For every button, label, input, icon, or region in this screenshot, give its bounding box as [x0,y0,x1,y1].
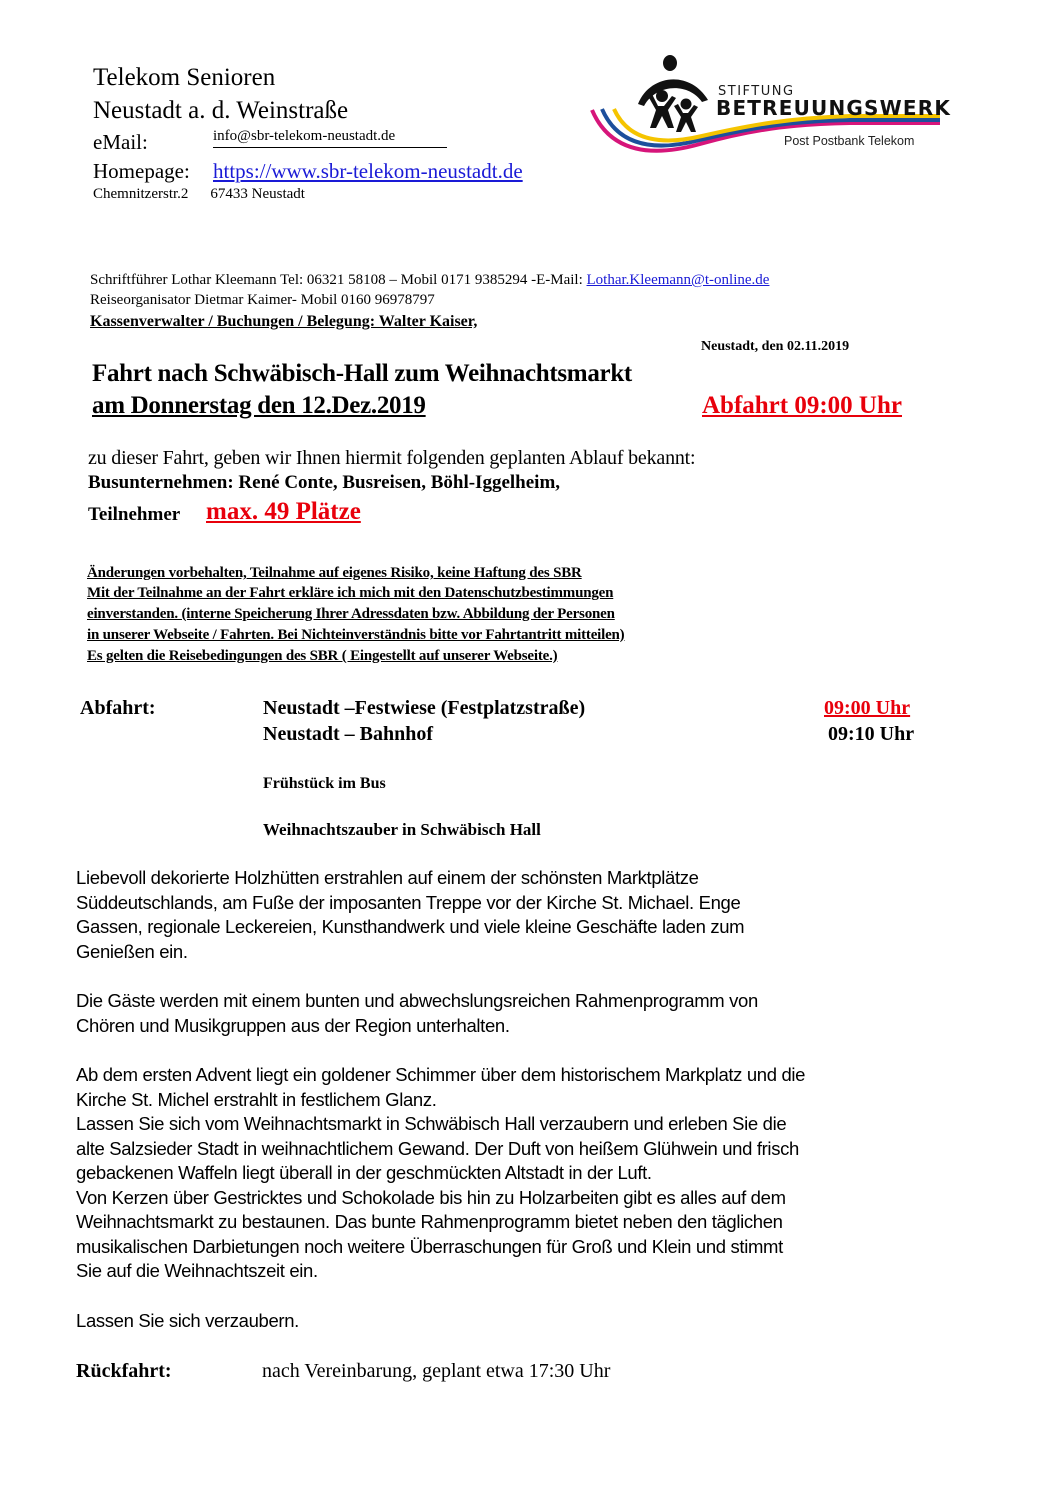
paragraph-line: Chören und Musikgruppen aus der Region u… [76,1014,956,1039]
intro-text: zu dieser Fahrt, geben wir Ihnen hiermit… [88,447,695,470]
paragraph-line: Sie auf die Weihnachtszeit ein. [76,1259,956,1284]
paragraph-line: gebackenen Waffeln liegt überall in der … [76,1161,956,1186]
paragraph-line: Lassen Sie sich verzaubern. [76,1309,956,1334]
treasurer-contact: Kassenverwalter / Buchungen / Belegung: … [90,313,477,331]
disclaimer-line: einverstanden. (interne Speicherung Ihre… [87,606,615,623]
paragraph-line: Kirche St. Michel erstrahlt in festliche… [76,1088,956,1113]
departure-stop-time: 09:10 Uhr [828,723,914,746]
departure-stop: Neustadt – Bahnhof [263,723,433,746]
description-paragraph: Ab dem ersten Advent liegt ein goldener … [76,1063,956,1284]
paragraph-line: Die Gäste werden mit einem bunten und ab… [76,989,956,1014]
paragraph-line: Gassen, regionale Leckereien, Kunsthandw… [76,915,956,940]
paragraph-line: Süddeutschlands, am Fuße der imposanten … [76,891,956,916]
paragraph-line: Genießen ein. [76,940,956,965]
paragraph-line: Ab dem ersten Advent liegt ein goldener … [76,1063,956,1088]
trip-departure-time: Abfahrt 09:00 Uhr [702,392,902,420]
address-city: 67433 Neustadt [210,186,305,202]
logo-text-betreuungswerk: BETREUUNGSWERK [716,96,951,120]
organizer-contact: Reiseorganisator Dietmar Kaimer- Mobil 0… [90,292,435,309]
secretary-info: Schriftführer Lothar Kleemann Tel: 06321… [90,272,587,288]
description-paragraph: Die Gäste werden mit einem bunten und ab… [76,989,956,1038]
email-label: eMail: [93,130,148,155]
return-time: nach Vereinbarung, geplant etwa 17:30 Uh… [262,1360,610,1383]
departure-stop-time: 09:00 Uhr [824,697,910,720]
description-paragraph: Liebevoll dekorierte Holzhütten erstrahl… [76,866,956,964]
address: Chemnitzerstr.267433 Neustadt [93,186,305,203]
secretary-contact: Schriftführer Lothar Kleemann Tel: 06321… [90,272,769,289]
email-address[interactable]: info@sbr-telekom-neustadt.de [213,128,447,148]
address-street: Chemnitzerstr.2 [93,186,188,202]
trip-title: Fahrt nach Schwäbisch-Hall zum Weihnacht… [92,360,632,388]
trip-date: am Donnerstag den 12.Dez.2019 [92,392,426,420]
closing-paragraph: Lassen Sie sich verzaubern. [76,1309,956,1334]
org-city: Neustadt a. d. Weinstraße [93,97,348,125]
homepage-label: Homepage: [93,159,190,184]
paragraph-line: musikalischen Darbietungen noch weitere … [76,1235,956,1260]
disclaimer-line: Änderungen vorbehalten, Teilnahme auf ei… [87,565,582,582]
logo-text-subtitle: Post Postbank Telekom [784,134,914,148]
participants-max: max. 49 Plätze [206,498,361,526]
breakfast-note: Frühstück im Bus [263,775,386,793]
org-name: Telekom Senioren [93,64,275,92]
paragraph-line: Liebevoll dekorierte Holzhütten erstrahl… [76,866,956,891]
event-title: Weihnachtszauber in Schwäbisch Hall [263,820,541,840]
bus-company: Busunternehmen: René Conte, Busreisen, B… [88,472,560,494]
departure-stop: Neustadt –Festwiese (Festplatzstraße) [263,697,585,720]
secretary-email-link[interactable]: Lothar.Kleemann@t-online.de [587,272,770,288]
paragraph-line: alte Salzsieder Stadt in weihnachtlichem… [76,1137,956,1162]
disclaimer-line: in unserer Webseite / Fahrten. Bei Nicht… [87,627,624,644]
paragraph-line: Weihnachtsmarkt zu bestaunen. Das bunte … [76,1210,956,1235]
paragraph-line: Von Kerzen über Gestricktes und Schokola… [76,1186,956,1211]
participants-label: Teilnehmer [88,504,180,526]
paragraph-line: Lassen Sie sich vom Weihnachtsmarkt in S… [76,1112,956,1137]
disclaimer-line: Mit der Teilnahme an der Fahrt erkläre i… [87,585,613,602]
disclaimer-line: Es gelten die Reisebedingungen des SBR (… [87,648,557,665]
homepage-link[interactable]: https://www.sbr-telekom-neustadt.de [213,159,523,184]
departure-label: Abfahrt: [80,697,156,720]
return-label: Rückfahrt: [76,1360,172,1383]
letter-date: Neustadt, den 02.11.2019 [701,339,849,355]
